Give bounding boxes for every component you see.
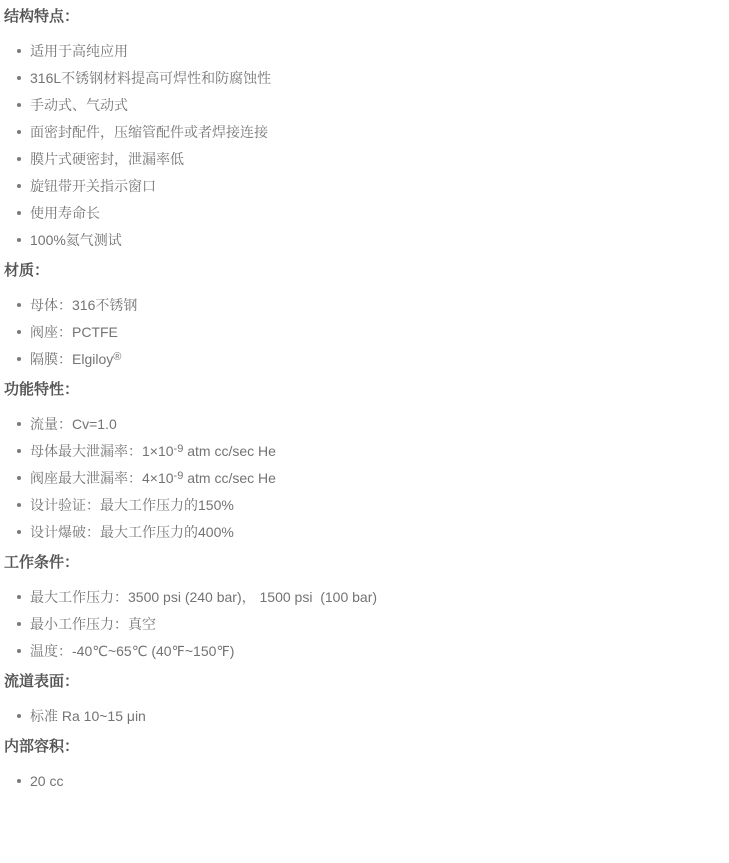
list-item-text: 设计验证：最大工作压力的150% (30, 497, 234, 513)
list-item: 面密封配件，压缩管配件或者焊接连接 (4, 123, 719, 142)
list-item-text: 标准 Ra 10~15 μin (30, 708, 146, 724)
spec-list: 流量：Cv=1.0母体最大泄漏率：1×10-9 atm cc/sec He阀座最… (4, 415, 719, 542)
spec-list: 标准 Ra 10~15 μin (4, 707, 719, 726)
spec-list: 母体：316不锈钢阀座：PCTFE隔膜：Elgiloy® (4, 296, 719, 369)
spec-list: 适用于高纯应用316L不锈钢材料提高可焊性和防腐蚀性手动式、气动式面密封配件，压… (4, 42, 719, 250)
list-item: 膜片式硬密封，泄漏率低 (4, 150, 719, 169)
section-heading: 功能特性： (4, 381, 719, 399)
list-item-text: 316L不锈钢材料提高可焊性和防腐蚀性 (30, 70, 271, 86)
list-item: 温度：-40℃~65℃ (40℉~150℉) (4, 642, 719, 661)
list-item: 手动式、气动式 (4, 96, 719, 115)
list-item-text: 最大工作压力：3500 psi (240 bar)， 1500 psi (100… (30, 589, 377, 605)
section-heading: 材质： (4, 262, 719, 280)
list-item-text: 旋钮带开关指示窗口 (30, 178, 156, 194)
list-item: 316L不锈钢材料提高可焊性和防腐蚀性 (4, 69, 719, 88)
list-item: 适用于高纯应用 (4, 42, 719, 61)
list-item-text: 100%氦气测试 (30, 232, 122, 248)
list-item: 母体：316不锈钢 (4, 296, 719, 315)
list-item: 使用寿命长 (4, 204, 719, 223)
list-item-text: 阀座最大泄漏率：4×10-9 atm cc/sec He (30, 470, 276, 486)
list-item: 旋钮带开关指示窗口 (4, 177, 719, 196)
spec-section: 结构特点：适用于高纯应用316L不锈钢材料提高可焊性和防腐蚀性手动式、气动式面密… (4, 8, 719, 250)
list-item: 最小工作压力：真空 (4, 615, 719, 634)
list-item-text: 母体：316不锈钢 (30, 297, 137, 313)
spec-sections: 结构特点：适用于高纯应用316L不锈钢材料提高可焊性和防腐蚀性手动式、气动式面密… (4, 8, 719, 791)
list-item-text: 手动式、气动式 (30, 97, 128, 113)
list-item: 流量：Cv=1.0 (4, 415, 719, 434)
list-item: 20 cc (4, 772, 719, 791)
spec-list: 最大工作压力：3500 psi (240 bar)， 1500 psi (100… (4, 588, 719, 661)
section-heading: 流道表面： (4, 673, 719, 691)
list-item: 设计爆破：最大工作压力的400% (4, 523, 719, 542)
section-heading: 结构特点： (4, 8, 719, 26)
spec-section: 流道表面：标准 Ra 10~15 μin (4, 673, 719, 726)
list-item-text: 阀座：PCTFE (30, 324, 118, 340)
list-item-text: 膜片式硬密封，泄漏率低 (30, 151, 184, 167)
spec-section: 功能特性：流量：Cv=1.0母体最大泄漏率：1×10-9 atm cc/sec … (4, 381, 719, 542)
list-item: 标准 Ra 10~15 μin (4, 707, 719, 726)
list-item-text: 流量：Cv=1.0 (30, 416, 117, 432)
spec-list: 20 cc (4, 772, 719, 791)
list-item-text: 使用寿命长 (30, 205, 100, 221)
list-item: 100%氦气测试 (4, 231, 719, 250)
list-item: 母体最大泄漏率：1×10-9 atm cc/sec He (4, 442, 719, 461)
list-item-text: 最小工作压力：真空 (30, 616, 156, 632)
spec-section: 内部容积：20 cc (4, 738, 719, 791)
list-item-text: 温度：-40℃~65℃ (40℉~150℉) (30, 643, 234, 659)
list-item-text: 20 cc (30, 773, 63, 789)
spec-document: 结构特点：适用于高纯应用316L不锈钢材料提高可焊性和防腐蚀性手动式、气动式面密… (0, 0, 729, 863)
list-item: 阀座：PCTFE (4, 323, 719, 342)
list-item: 设计验证：最大工作压力的150% (4, 496, 719, 515)
list-item: 最大工作压力：3500 psi (240 bar)， 1500 psi (100… (4, 588, 719, 607)
spec-section: 材质：母体：316不锈钢阀座：PCTFE隔膜：Elgiloy® (4, 262, 719, 369)
list-item: 隔膜：Elgiloy® (4, 350, 719, 369)
spec-section: 工作条件：最大工作压力：3500 psi (240 bar)， 1500 psi… (4, 554, 719, 661)
list-item-text: 设计爆破：最大工作压力的400% (30, 524, 234, 540)
list-item-text: 母体最大泄漏率：1×10-9 atm cc/sec He (30, 443, 276, 459)
section-heading: 内部容积： (4, 738, 719, 756)
list-item: 阀座最大泄漏率：4×10-9 atm cc/sec He (4, 469, 719, 488)
section-heading: 工作条件： (4, 554, 719, 572)
list-item-text: 隔膜：Elgiloy® (30, 351, 121, 367)
list-item-text: 适用于高纯应用 (30, 43, 128, 59)
list-item-text: 面密封配件，压缩管配件或者焊接连接 (30, 124, 268, 140)
